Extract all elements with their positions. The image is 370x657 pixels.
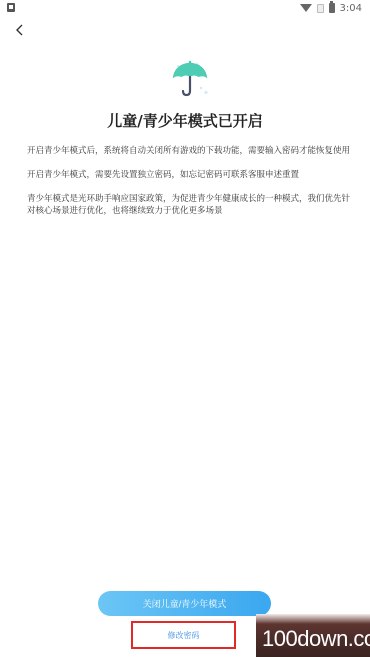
change-password-button[interactable]: 修改密码 [131, 621, 236, 649]
sim-icon [317, 4, 324, 13]
disable-youth-mode-button[interactable]: 关闭儿童/青少年模式 [98, 591, 271, 616]
back-button[interactable] [10, 20, 30, 40]
description-paragraph: 青少年模式是光环助手响应国家政策，为促进青少年健康成长的一种模式，我们优先针对核… [27, 193, 357, 217]
status-icons: 3:04 [300, 1, 362, 15]
description-paragraph: 开启青少年模式后，系统将自动关闭所有游戏的下载功能，需要输入密码才能恢复使用 [27, 145, 357, 157]
umbrella-icon [165, 58, 215, 108]
watermark-text: 100down.com [262, 626, 370, 652]
clock: 3:04 [340, 3, 362, 14]
battery-icon [329, 3, 335, 13]
description-paragraph: 开启青少年模式，需要先设置独立密码，如忘记密码可联系客服申述重置 [27, 169, 357, 181]
status-bar: 3:04 [0, 0, 370, 16]
description: 开启青少年模式后，系统将自动关闭所有游戏的下载功能，需要输入密码才能恢复使用 开… [27, 145, 357, 229]
watermark: 100down.com [256, 614, 370, 657]
page-title: 儿童/青少年模式已开启 [0, 110, 370, 131]
notification-icon [7, 3, 15, 12]
chevron-left-icon [15, 24, 25, 36]
wifi-icon [300, 4, 312, 12]
